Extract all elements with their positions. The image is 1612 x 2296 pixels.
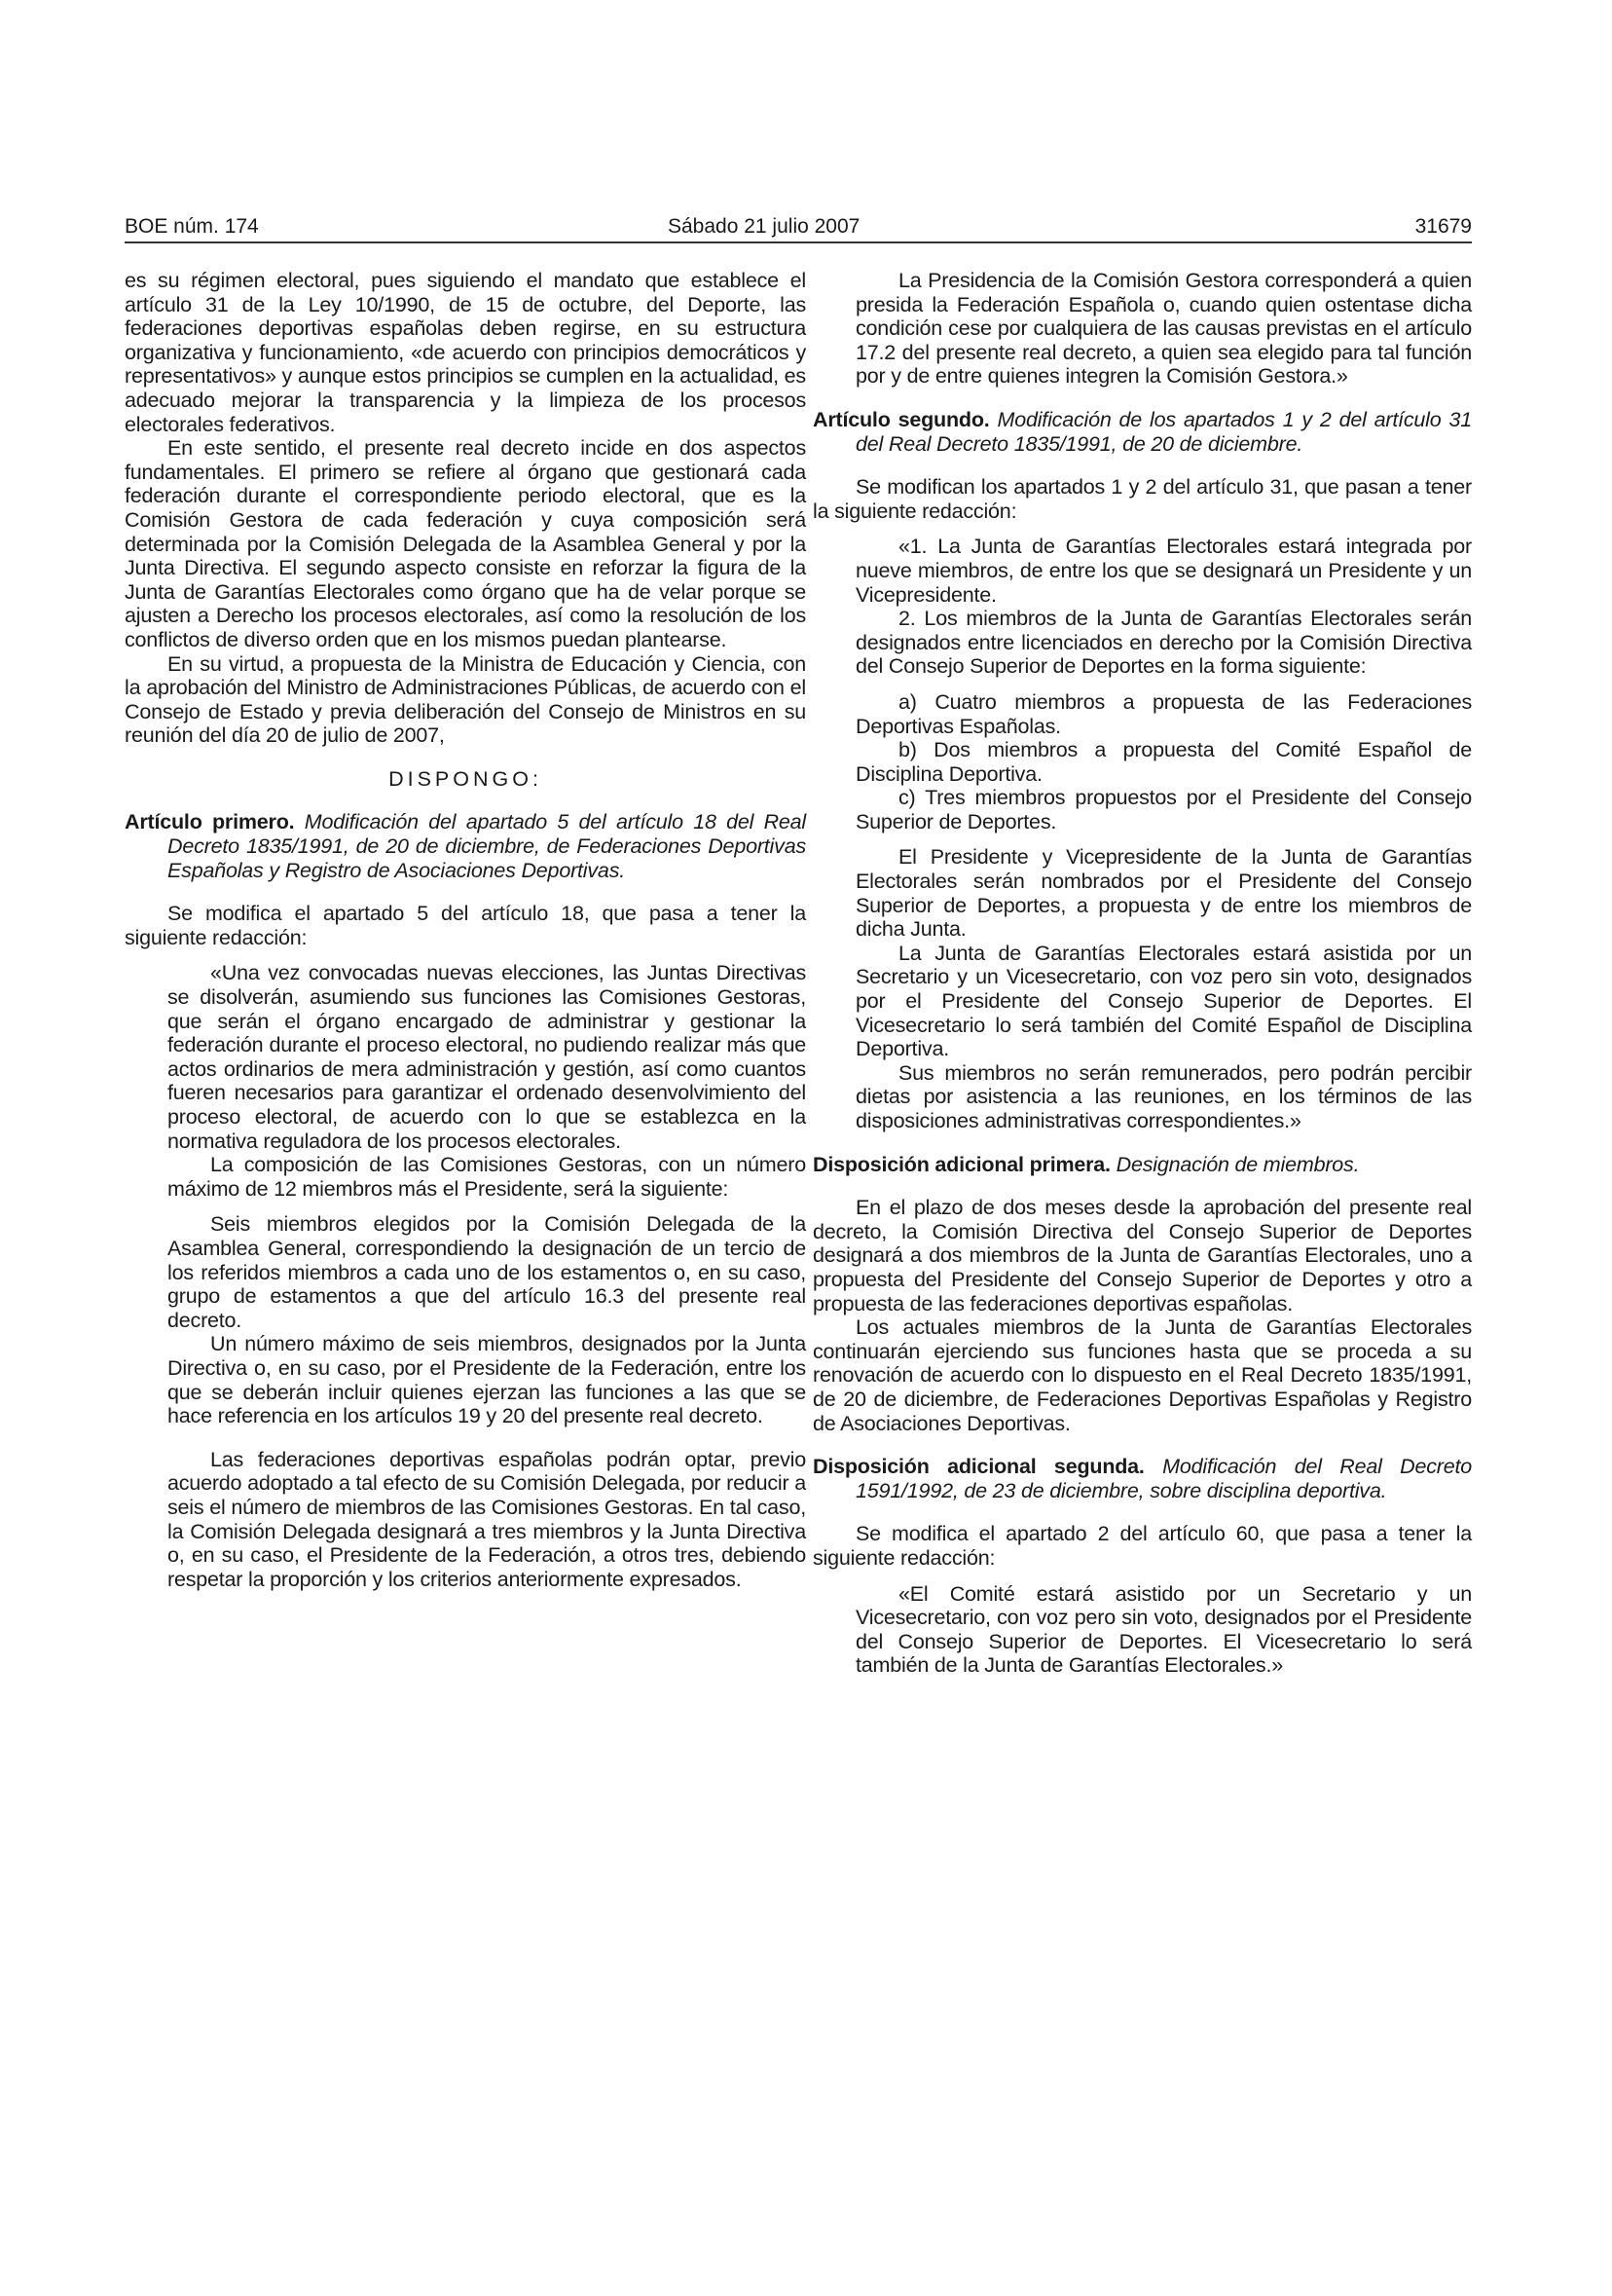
paragraph: En su virtud, a propuesta de la Ministra… bbox=[125, 652, 806, 748]
paragraph: La composición de las Comisiones Gestora… bbox=[167, 1153, 806, 1201]
article-heading: Artículo segundo. Modificación de los ap… bbox=[813, 408, 1472, 456]
list-item: a) Cuatro miembros a propuesta de las Fe… bbox=[856, 690, 1472, 738]
dispongo-heading: DISPONGO: bbox=[125, 767, 806, 792]
provision-title: Designación de miembros. bbox=[1117, 1153, 1360, 1176]
paragraph: es su régimen electoral, pues siguiendo … bbox=[125, 269, 806, 436]
article-label: Artículo primero. bbox=[125, 810, 294, 833]
page-number: 31679 bbox=[1415, 215, 1472, 239]
quoted-text: La Presidencia de la Comisión Gestora co… bbox=[813, 269, 1472, 389]
list-item: c) Tres miembros propuestos por el Presi… bbox=[856, 786, 1472, 833]
paragraph: «Una vez convocadas nuevas elecciones, l… bbox=[167, 961, 806, 1153]
bulletin-number: BOE núm. 174 bbox=[125, 215, 259, 239]
quoted-text: «El Comité estará asistido por un Secret… bbox=[813, 1582, 1472, 1678]
provision-heading: Disposición adicional primera. Designaci… bbox=[813, 1153, 1472, 1177]
paragraph: En este sentido, el presente real decret… bbox=[125, 436, 806, 651]
quoted-text: «Una vez convocadas nuevas elecciones, l… bbox=[125, 961, 806, 1591]
publication-date: Sábado 21 julio 2007 bbox=[668, 215, 860, 239]
article-heading: Artículo primero. Modificación del apart… bbox=[125, 810, 806, 882]
paragraph: «1. La Junta de Garantías Electorales es… bbox=[856, 535, 1472, 607]
article-label: Artículo segundo. bbox=[813, 408, 990, 431]
provision-label: Disposición adicional segunda. bbox=[813, 1455, 1145, 1478]
quoted-text: «1. La Junta de Garantías Electorales es… bbox=[813, 535, 1472, 1132]
page-header: BOE núm. 174 Sábado 21 julio 2007 31679 bbox=[125, 212, 1472, 243]
paragraph: El Presidente y Vicepresidente de la Jun… bbox=[856, 845, 1472, 941]
paragraph: La Presidencia de la Comisión Gestora co… bbox=[856, 269, 1472, 389]
list-item: b) Dos miembros a propuesta del Comité E… bbox=[856, 738, 1472, 786]
paragraph: Se modifica el apartado 5 del artículo 1… bbox=[125, 902, 806, 949]
paragraph: 2. Los miembros de la Junta de Garantías… bbox=[856, 607, 1472, 679]
paragraph: Las federaciones deportivas españolas po… bbox=[167, 1448, 806, 1592]
right-column: La Presidencia de la Comisión Gestora co… bbox=[813, 269, 1472, 1678]
paragraph: Se modifican los apartados 1 y 2 del art… bbox=[813, 475, 1472, 523]
paragraph: Seis miembros elegidos por la Comisión D… bbox=[167, 1212, 806, 1332]
paragraph: Se modifica el apartado 2 del artículo 6… bbox=[813, 1522, 1472, 1570]
paragraph: Un número máximo de seis miembros, desig… bbox=[167, 1332, 806, 1427]
paragraph: Sus miembros no serán remunerados, pero … bbox=[856, 1061, 1472, 1133]
paragraph: La Junta de Garantías Electorales estará… bbox=[856, 942, 1472, 1061]
provision-heading: Disposición adicional segunda. Modificac… bbox=[813, 1455, 1472, 1502]
paragraph: «El Comité estará asistido por un Secret… bbox=[856, 1582, 1472, 1678]
left-column: es su régimen electoral, pues siguiendo … bbox=[125, 269, 806, 1591]
provision-label: Disposición adicional primera. bbox=[813, 1153, 1111, 1176]
paragraph: En el plazo de dos meses desde la aproba… bbox=[813, 1196, 1472, 1315]
paragraph: Los actuales miembros de la Junta de Gar… bbox=[813, 1315, 1472, 1435]
